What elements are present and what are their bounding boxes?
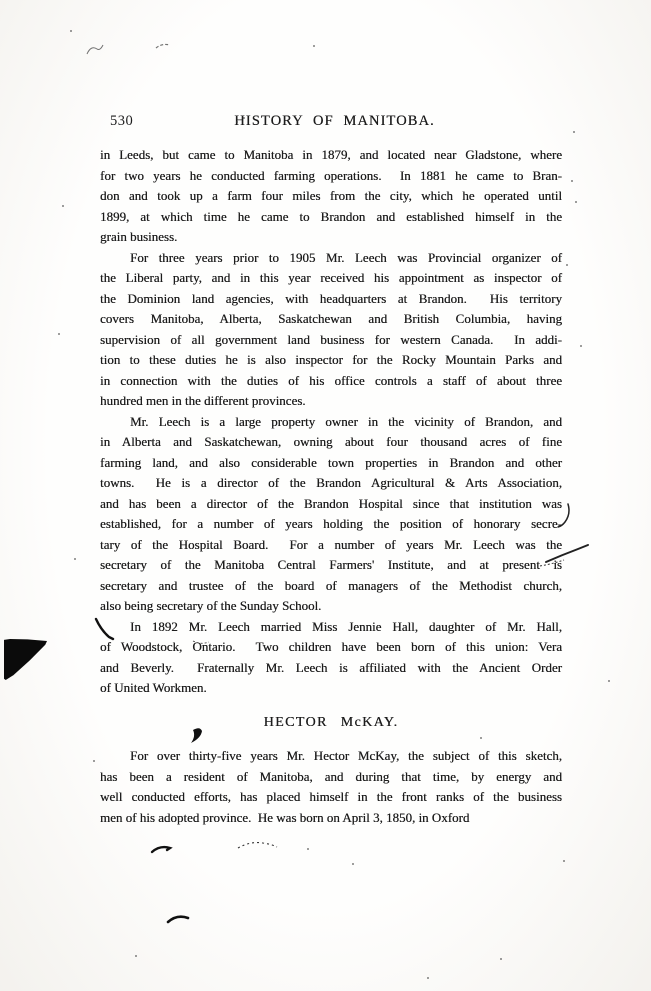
scan-speck xyxy=(236,121,238,123)
text-line: towns. He is a director of the Brandon A… xyxy=(100,473,562,494)
text-line: covers Manitoba, Alberta, Saskatchewan a… xyxy=(100,309,562,330)
scan-speck xyxy=(62,205,64,207)
text-line: also being secretary of the Sunday Schoo… xyxy=(100,596,562,617)
top-squiggle-artifact xyxy=(87,45,103,54)
scan-speck xyxy=(608,680,610,682)
text-line: in connection with the duties of his off… xyxy=(100,371,562,392)
scanned-page: 530 HISTORY OF MANITOBA. in Leeds, but c… xyxy=(0,0,651,991)
mckay-biography: For over thirty-five years Mr. Hector Mc… xyxy=(100,746,562,828)
paragraph: Mr. Leech is a large property owner in t… xyxy=(100,412,562,617)
scan-speck xyxy=(580,345,582,347)
text-line: hundred men in the different provinces. xyxy=(100,391,562,412)
text-line: farming land, and also considerable town… xyxy=(100,453,562,474)
running-title: HISTORY OF MANITOBA. xyxy=(0,113,651,130)
scan-speck xyxy=(500,958,502,960)
text-line: secretary of the Manitoba Central Farmer… xyxy=(100,555,562,576)
text-line: of United Workmen. xyxy=(100,678,562,699)
text-line: and Beverly. Fraternally Mr. Leech is af… xyxy=(100,658,562,679)
scan-speck xyxy=(480,737,482,739)
text-line: 1899, at which time he came to Brandon a… xyxy=(100,207,562,228)
scan-speck xyxy=(352,863,354,865)
scan-speck xyxy=(571,180,573,182)
text-line: the Dominion land agencies, with headqua… xyxy=(100,289,562,310)
scan-speck xyxy=(243,117,245,119)
paragraph: For over thirty-five years Mr. Hector Mc… xyxy=(100,746,562,828)
text-line: men of his adopted province. He was born… xyxy=(100,808,562,829)
text-line: don and took up a farm four miles from t… xyxy=(100,186,562,207)
text-line: well conducted efforts, has placed himse… xyxy=(100,787,562,808)
text-line: For three years prior to 1905 Mr. Leech … xyxy=(100,248,562,269)
text-line: has been a resident of Manitoba, and dur… xyxy=(100,767,562,788)
paragraph: in Leeds, but came to Manitoba in 1879, … xyxy=(100,145,562,248)
scan-speck xyxy=(70,30,72,32)
top-squiggle-artifact xyxy=(156,44,170,48)
text-line: in Alberta and Saskatchewan, owning abou… xyxy=(100,432,562,453)
text-line: tion to these duties he is also inspecto… xyxy=(100,350,562,371)
scan-speck xyxy=(58,333,60,335)
scan-speck xyxy=(307,848,309,850)
text-line: and has been a director of the Brandon H… xyxy=(100,494,562,515)
text-line: established, for a number of years holdi… xyxy=(100,514,562,535)
text-line: in Leeds, but came to Manitoba in 1879, … xyxy=(100,145,562,166)
scan-speck xyxy=(573,131,575,133)
text-line: secretary and trustee of the board of ma… xyxy=(100,576,562,597)
text-line: for two years he conducted farming opera… xyxy=(100,166,562,187)
ink-blot-artifact xyxy=(4,639,47,680)
paragraph: For three years prior to 1905 Mr. Leech … xyxy=(100,248,562,412)
page-body: in Leeds, but came to Manitoba in 1879, … xyxy=(100,145,562,828)
scan-speck xyxy=(566,264,568,266)
text-line: For over thirty-five years Mr. Hector Mc… xyxy=(100,746,562,767)
scan-speck xyxy=(427,977,429,979)
text-line: supervision of all government land busin… xyxy=(100,330,562,351)
scan-speck xyxy=(135,955,137,957)
text-line: tary of the Hospital Board. For a number… xyxy=(100,535,562,556)
text-line: of Woodstock, Ontario. Two children have… xyxy=(100,637,562,658)
scan-speck xyxy=(313,45,315,47)
leech-biography: in Leeds, but came to Manitoba in 1879, … xyxy=(100,145,562,699)
bottom-curve-artifact xyxy=(152,847,170,852)
scan-speck xyxy=(563,860,565,862)
lower-curve-artifact xyxy=(168,917,188,922)
scan-speck xyxy=(93,760,95,762)
scan-speck xyxy=(575,201,577,203)
text-line: grain business. xyxy=(100,227,562,248)
text-line: the Liberal party, and in this year rece… xyxy=(100,268,562,289)
dotted-squiggle-artifact xyxy=(238,843,277,848)
text-line: In 1892 Mr. Leech married Miss Jennie Ha… xyxy=(100,617,562,638)
text-line: Mr. Leech is a large property owner in t… xyxy=(100,412,562,433)
paragraph: In 1892 Mr. Leech married Miss Jennie Ha… xyxy=(100,617,562,699)
scan-speck xyxy=(74,558,76,560)
section-heading: HECTOR McKAY. xyxy=(100,713,562,734)
running-head: 530 HISTORY OF MANITOBA. xyxy=(0,113,651,135)
